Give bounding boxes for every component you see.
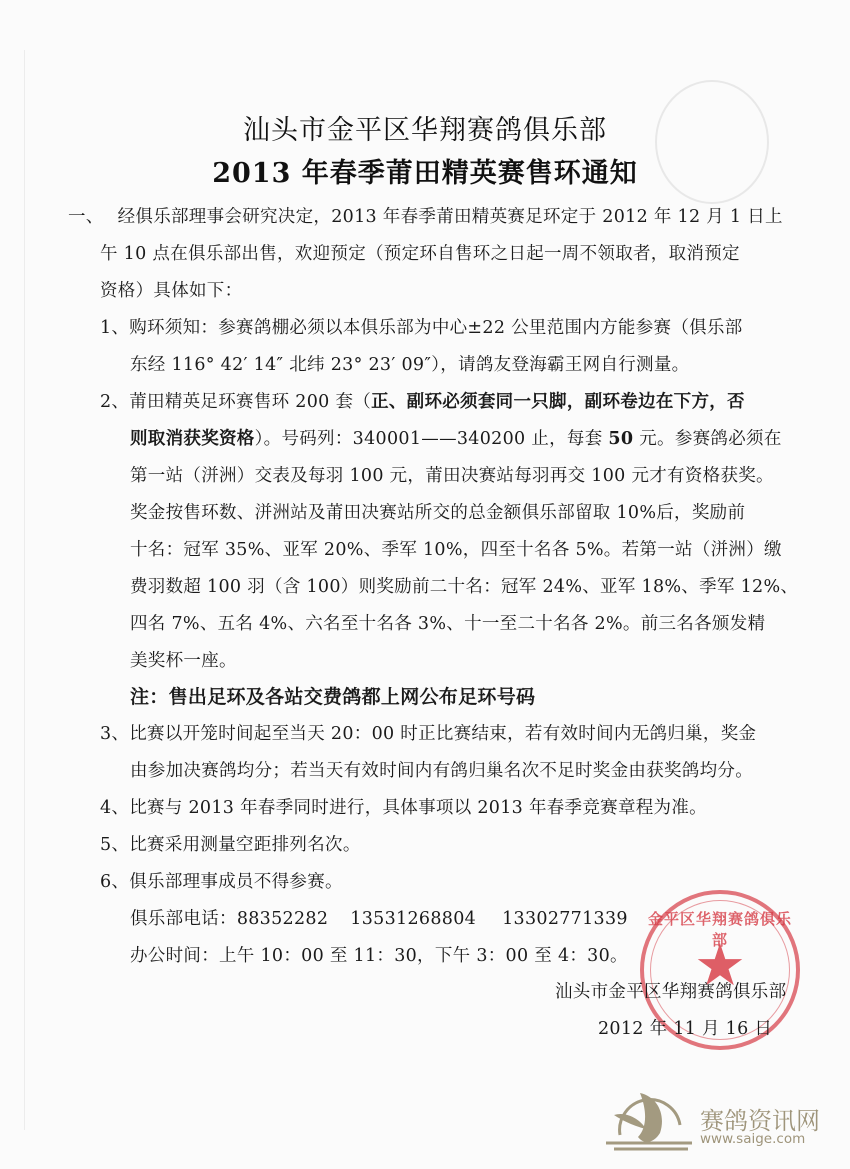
item-6: 6、俱乐部理事成员不得参赛。	[100, 868, 343, 893]
phone-2: 13531268804	[350, 909, 476, 929]
signature-date: 2012 年 11 月 16 日	[598, 1015, 772, 1040]
item-4: 4、比赛与 2013 年春季同时进行，具体事项以 2013 年春季竞赛章程为准。	[100, 794, 707, 819]
section-one-line-1: 一、经俱乐部理事会研究决定，2013 年春季莆田精英赛足环定于 2012 年 1…	[68, 203, 783, 228]
item-2-line-3: 第一站（洴洲）交表及每羽 100 元，莆田决赛站每羽再交 100 元才有资格获奖…	[130, 462, 774, 487]
signature-org: 汕头市金平区华翔赛鸽俱乐部	[555, 978, 786, 1003]
document-title-notice: 2013 年春季莆田精英赛售环通知	[0, 151, 850, 190]
document-title-org: 汕头市金平区华翔赛鸽俱乐部	[0, 108, 850, 147]
item-2-line-2: 则取消获奖资格）。号码列：340001——340200 止，每套 50 元。参赛…	[130, 425, 782, 450]
section-one-line-2: 午 10 点在俱乐部出售，欢迎预定（预定环自售环之日起一周不领取者，取消预定	[100, 240, 740, 265]
hours-label: 办公时间：	[130, 946, 219, 966]
phone-1: 88352282	[237, 909, 328, 929]
pigeon-logo-icon	[600, 1085, 695, 1155]
bold-note: 注：售出足环及各站交费鸽都上网公布足环号码	[130, 682, 535, 709]
item-2-line-1: 2、莆田精英足环赛售环 200 套（正、副环必须套同一只脚，副环卷边在下方，否	[100, 388, 745, 413]
hours-value: 上午 10：00 至 11：30，下午 3：00 至 4：30。	[219, 946, 628, 966]
watermark-url: www.saige.com	[700, 1131, 805, 1147]
item-1-line-1: 1、购环须知：参赛鸽棚必须以本俱乐部为中心±22 公里范围内方能参赛（俱乐部	[100, 314, 743, 339]
item-2-line-8: 美奖杯一座。	[130, 647, 237, 672]
club-phone-line: 俱乐部电话：883522821353126880413302771339	[130, 905, 628, 930]
section-marker: 一、	[68, 207, 104, 227]
scanned-document-page: 汕头市金平区华翔赛鸽俱乐部 2013 年春季莆田精英赛售环通知 一、经俱乐部理事…	[0, 0, 850, 1169]
item-1-line-2: 东经 116° 42′ 14″ 北纬 23° 23′ 09″），请鸽友登海霸王网…	[130, 351, 689, 376]
item-2-line-4: 奖金按售环数、洴洲站及莆田决赛站所交的总金额俱乐部留取 10%后，奖励前	[130, 499, 745, 524]
phone-3: 13302771339	[502, 909, 628, 929]
saige-watermark: 赛鸽资讯网 www.saige.com	[600, 1085, 820, 1155]
office-hours-line: 办公时间：上午 10：00 至 11：30，下午 3：00 至 4：30。	[130, 942, 628, 967]
item-2-line-7: 四名 7%、五名 4%、六名至十名各 3%、十一至二十名各 2%。前三名各颁发精	[130, 610, 765, 635]
scan-edge	[24, 50, 25, 1130]
item-2-line-5: 十名：冠军 35%、亚军 20%、季军 10%，四至十名各 5%。若第一站（洴洲…	[130, 536, 782, 561]
item-5: 5、比赛采用测量空距排列名次。	[100, 831, 361, 856]
item-3-line-2: 由参加决赛鸽均分；若当天有效时间内有鸽归巢名次不足时奖金由获奖鸽均分。	[130, 757, 753, 782]
item-3-line-1: 3、比赛以开笼时间起至当天 20：00 时正比赛结束，若有效时间内无鸽归巢，奖金	[100, 720, 756, 745]
item-2-line-6: 费羽数超 100 羽（含 100）则奖励前二十名：冠军 24%、亚军 18%、季…	[130, 573, 798, 598]
section-one-line-3: 资格）具体如下：	[100, 277, 242, 302]
phone-label: 俱乐部电话：	[130, 909, 237, 929]
